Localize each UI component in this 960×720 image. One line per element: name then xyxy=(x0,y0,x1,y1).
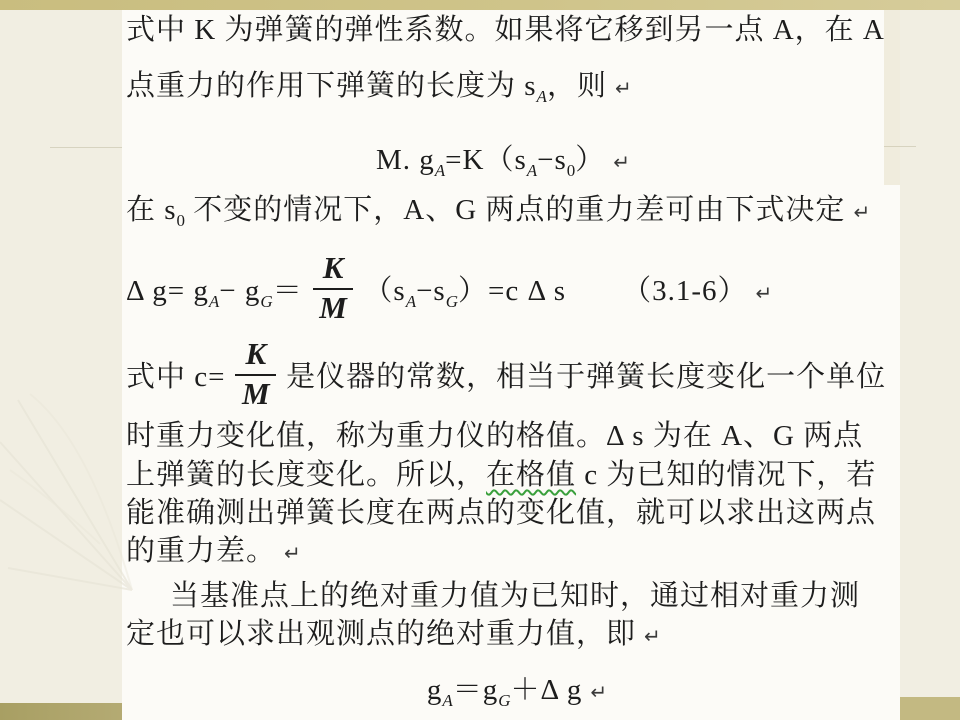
para3-line4: 能准确测出弹簧长度在两点的变化值，就可以求出这两点 xyxy=(126,495,876,531)
fraction-numerator: K xyxy=(235,337,276,375)
para1-line1-text: 式中 K 为弹簧的弹性系数。如果将它移到另一点 A，在 A xyxy=(126,14,885,46)
paragraph-return-mark: ↵ xyxy=(615,76,632,100)
para2-pre: 在 s xyxy=(126,194,177,226)
para1-line1: 式中 K 为弹簧的弹性系数。如果将它移到另一点 A，在 A xyxy=(126,12,885,48)
para3-line3: 上弹簧的长度变化。所以，在格值 c 为已知的情况下，若 xyxy=(126,457,876,493)
para3-line5: 的重力差。↵ xyxy=(126,533,301,571)
spellcheck-wavy-text: 在格值 xyxy=(486,459,576,491)
formula2-open-paren-s: （s xyxy=(363,275,405,307)
para3-tail: 是仪器的常数，相当于弹簧长度变化一个单位 xyxy=(286,354,886,395)
subscript-0: 0 xyxy=(177,211,186,230)
formula1-minus-s: −s xyxy=(537,144,567,176)
subscript-G: G xyxy=(446,292,458,311)
fraction-denominator: M xyxy=(319,290,347,325)
para1-line2-text: 点重力的作用下弹簧的长度为 s xyxy=(126,70,537,102)
fraction-K-over-M: K M xyxy=(313,251,354,324)
equation-number-text: （3.1-6） xyxy=(622,275,747,307)
para4-line2-text: 定也可以求出观测点的绝对重力值，即 xyxy=(126,618,636,650)
formula1-mid: =K（s xyxy=(445,144,527,176)
formula-3: gA＝gG＋Δ g↵ xyxy=(122,672,912,710)
fraction-K-over-M: K M xyxy=(235,337,276,410)
subscript-G: G xyxy=(260,292,272,311)
para3-pre: 式中 c= xyxy=(126,354,225,395)
formula1-close-paren: ） xyxy=(575,144,605,176)
formula2-delta-g: Δ g= g xyxy=(126,275,209,307)
formula3-plus-delta-g: ＋Δ g xyxy=(511,674,583,706)
para3-line2-text: 时重力变化值，称为重力仪的格值。Δ s 为在 A、G 两点 xyxy=(126,420,863,452)
paragraph-return-mark: ↵ xyxy=(613,150,630,174)
formula2-lhs: Δ g= gA− gG＝ xyxy=(126,268,303,309)
para3-line2: 时重力变化值，称为重力仪的格值。Δ s 为在 A、G 两点 xyxy=(126,418,863,454)
subscript-G: G xyxy=(498,691,510,710)
formula2-c-delta-s: ）=c Δ s xyxy=(458,275,566,307)
subscript-A: A xyxy=(527,161,537,180)
formula-2: Δ g= gA− gG＝ K M （sA−sG）=c Δ s （3.1-6）↵ xyxy=(126,246,772,330)
formula2-equals: ＝ xyxy=(273,275,303,307)
background-fold-line-right xyxy=(884,146,916,147)
para3-shizhong-c: 式中 c= xyxy=(126,361,225,393)
formula2-minus-s: −s xyxy=(416,275,446,307)
subscript-A: A xyxy=(406,292,416,311)
paragraph-return-mark: ↵ xyxy=(644,624,661,648)
para3-line3-tail: c 为已知的情况下，若 xyxy=(576,459,876,491)
para3-line5-text: 的重力差。 xyxy=(126,535,276,567)
top-accent-strip xyxy=(0,0,960,10)
subscript-A: A xyxy=(209,292,219,311)
background-fold-line-left xyxy=(50,147,122,148)
para3-line4-text: 能准确测出弹簧长度在两点的变化值，就可以求出这两点 xyxy=(126,497,876,529)
subscript-A: A xyxy=(435,161,445,180)
para1-line2-tail: ，则 xyxy=(547,70,607,102)
formula2-rhs: （sA−sG）=c Δ s xyxy=(363,268,566,309)
para2-line1: 在 s0 不变的情况下，A、G 两点的重力差可由下式决定↵ xyxy=(126,192,870,230)
para1-line2: 点重力的作用下弹簧的长度为 sA，则↵ xyxy=(126,68,632,106)
paragraph-return-mark: ↵ xyxy=(284,541,301,565)
fraction-numerator: K xyxy=(313,251,354,289)
para3-line3-pre: 上弹簧的长度变化。所以， xyxy=(126,459,486,491)
subscript-A: A xyxy=(442,691,452,710)
para3-line1: 式中 c= K M 是仪器的常数，相当于弹簧长度变化一个单位 xyxy=(126,334,886,414)
equation-number: （3.1-6）↵ xyxy=(622,268,772,309)
page-margin-notch xyxy=(884,10,900,185)
para4-line1-text: 当基准点上的绝对重力值为已知时，通过相对重力测 xyxy=(170,580,860,612)
para2-tail: 不变的情况下，A、G 两点的重力差可由下式决定 xyxy=(185,194,845,226)
subscript-0: 0 xyxy=(567,161,576,180)
slide: 式中 K 为弹簧的弹性系数。如果将它移到另一点 A，在 A 点重力的作用下弹簧的… xyxy=(0,0,960,720)
para4-line1: 当基准点上的绝对重力值为已知时，通过相对重力测 xyxy=(126,578,860,614)
formula3-g: g xyxy=(427,674,443,706)
formula3-equals-g: ＝g xyxy=(453,674,499,706)
formula-1: M. gA=K（sA−s0）↵ xyxy=(122,142,884,180)
paragraph-return-mark: ↵ xyxy=(853,200,870,224)
fan-watermark xyxy=(0,372,135,597)
fraction-denominator: M xyxy=(242,376,270,411)
subscript-A: A xyxy=(537,87,547,106)
para3-line1-text: 是仪器的常数，相当于弹簧长度变化一个单位 xyxy=(286,361,886,393)
formula2-minus-g: − g xyxy=(219,275,260,307)
paragraph-return-mark: ↵ xyxy=(590,680,607,704)
paragraph-return-mark: ↵ xyxy=(755,281,772,305)
formula1-lhs: M. g xyxy=(376,144,435,176)
para4-line2: 定也可以求出观测点的绝对重力值，即↵ xyxy=(126,616,661,654)
